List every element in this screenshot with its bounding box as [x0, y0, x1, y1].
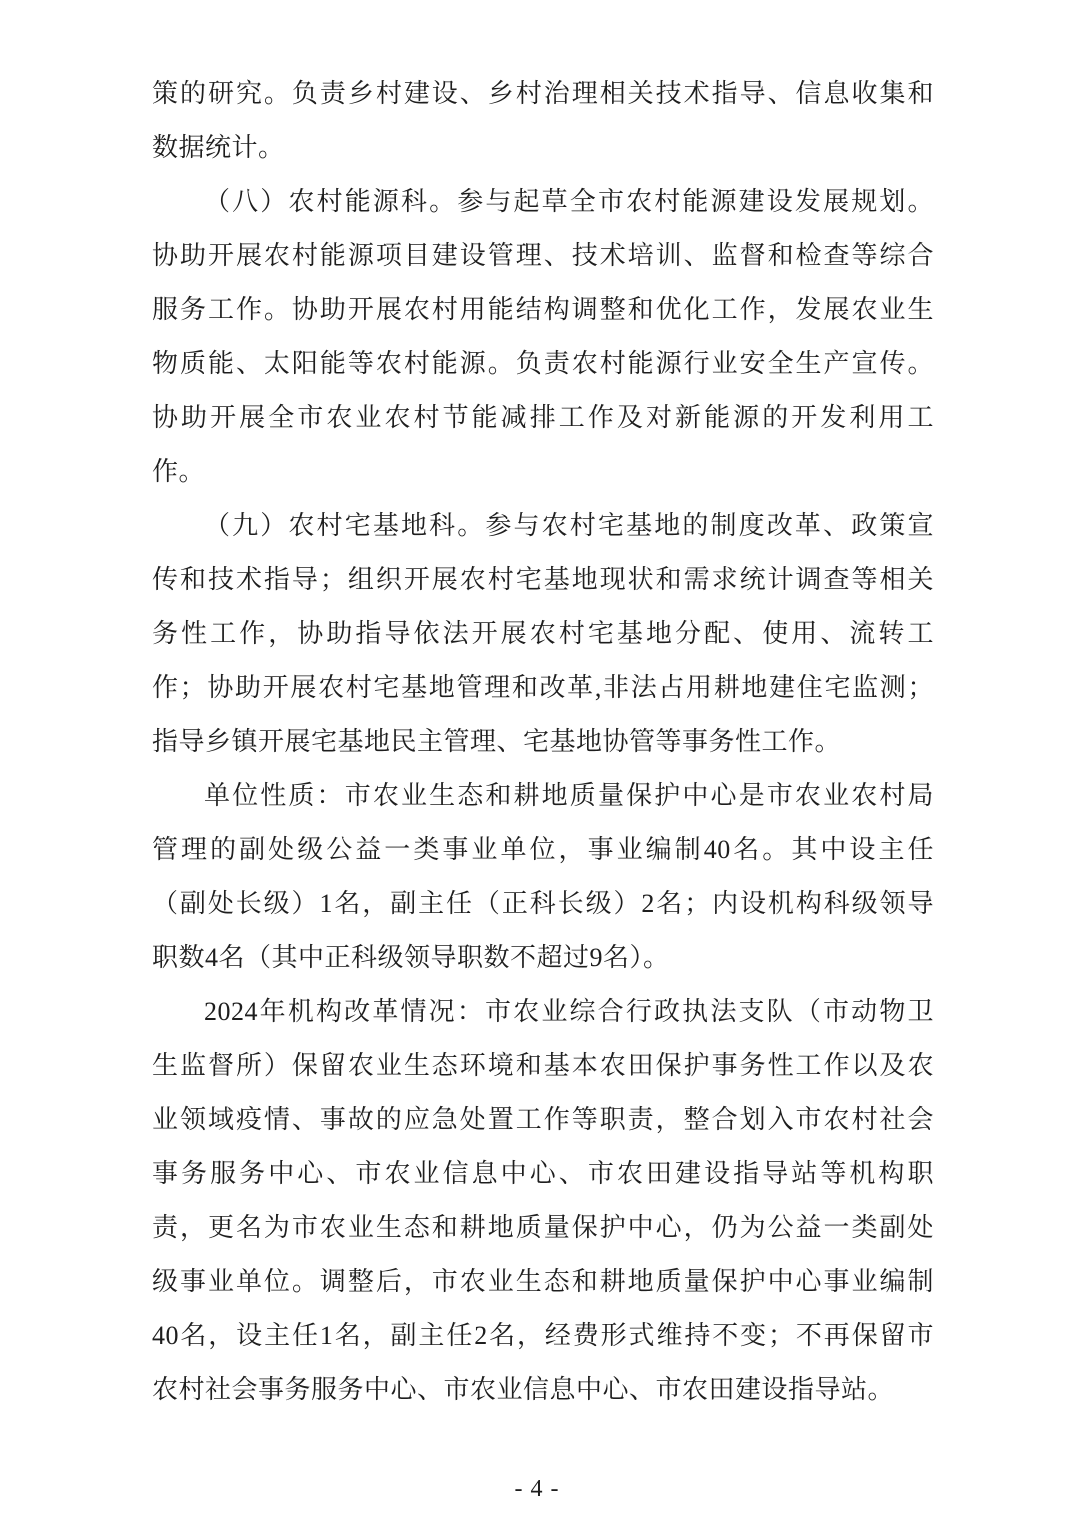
text-line: 协助开展农村能源项目建设管理、技术培训、监督和检查等综合 — [152, 229, 934, 283]
document-page: 策的研究。负责乡村建设、乡村治理相关技术指导、信息收集和数据统计。（八）农村能源… — [0, 0, 1074, 1520]
paragraph: 单位性质：市农业生态和耕地质量保护中心是市农业农村局管理的副处级公益一类事业单位… — [152, 769, 934, 985]
text-line: 40名，设主任1名，副主任2名，经费形式维持不变；不再保留市 — [152, 1309, 934, 1363]
text-line: 农村社会事务服务中心、市农业信息中心、市农田建设指导站。 — [152, 1363, 934, 1417]
text-line: 单位性质：市农业生态和耕地质量保护中心是市农业农村局 — [152, 769, 934, 823]
text-line: 事务服务中心、市农业信息中心、市农田建设指导站等机构职 — [152, 1147, 934, 1201]
text-line: 策的研究。负责乡村建设、乡村治理相关技术指导、信息收集和 — [152, 67, 934, 121]
text-line: 物质能、太阳能等农村能源。负责农村能源行业安全生产宣传。 — [152, 337, 934, 391]
text-line: 2024年机构改革情况：市农业综合行政执法支队（市动物卫 — [152, 985, 934, 1039]
text-line: （八）农村能源科。参与起草全市农村能源建设发展规划。 — [152, 175, 934, 229]
text-line: 责，更名为市农业生态和耕地质量保护中心，仍为公益一类副处 — [152, 1201, 934, 1255]
text-line: 职数4名（其中正科级领导职数不超过9名）。 — [152, 931, 934, 985]
paragraph: 策的研究。负责乡村建设、乡村治理相关技术指导、信息收集和数据统计。 — [152, 67, 934, 175]
text-line: 作；协助开展农村宅基地管理和改革,非法占用耕地建住宅监测； — [152, 661, 934, 715]
text-line: 作。 — [152, 445, 934, 499]
document-body: 策的研究。负责乡村建设、乡村治理相关技术指导、信息收集和数据统计。（八）农村能源… — [152, 67, 934, 1417]
text-line: 务性工作，协助指导依法开展农村宅基地分配、使用、流转工 — [152, 607, 934, 661]
text-line: 服务工作。协助开展农村用能结构调整和优化工作，发展农业生 — [152, 283, 934, 337]
text-line: 传和技术指导；组织开展农村宅基地现状和需求统计调查等相关 — [152, 553, 934, 607]
text-line: （九）农村宅基地科。参与农村宅基地的制度改革、政策宣 — [152, 499, 934, 553]
page-number: - 4 - — [0, 1472, 1074, 1506]
text-line: 数据统计。 — [152, 121, 934, 175]
text-line: （副处长级）1名，副主任（正科长级）2名；内设机构科级领导 — [152, 877, 934, 931]
text-line: 指导乡镇开展宅基地民主管理、宅基地协管等事务性工作。 — [152, 715, 934, 769]
text-line: 管理的副处级公益一类事业单位，事业编制40名。其中设主任 — [152, 823, 934, 877]
paragraph: （八）农村能源科。参与起草全市农村能源建设发展规划。协助开展农村能源项目建设管理… — [152, 175, 934, 499]
text-line: 协助开展全市农业农村节能减排工作及对新能源的开发利用工 — [152, 391, 934, 445]
paragraph: （九）农村宅基地科。参与农村宅基地的制度改革、政策宣传和技术指导；组织开展农村宅… — [152, 499, 934, 769]
text-line: 生监督所）保留农业生态环境和基本农田保护事务性工作以及农 — [152, 1039, 934, 1093]
paragraph: 2024年机构改革情况：市农业综合行政执法支队（市动物卫生监督所）保留农业生态环… — [152, 985, 934, 1417]
text-line: 业领域疫情、事故的应急处置工作等职责，整合划入市农村社会 — [152, 1093, 934, 1147]
text-line: 级事业单位。调整后，市农业生态和耕地质量保护中心事业编制 — [152, 1255, 934, 1309]
